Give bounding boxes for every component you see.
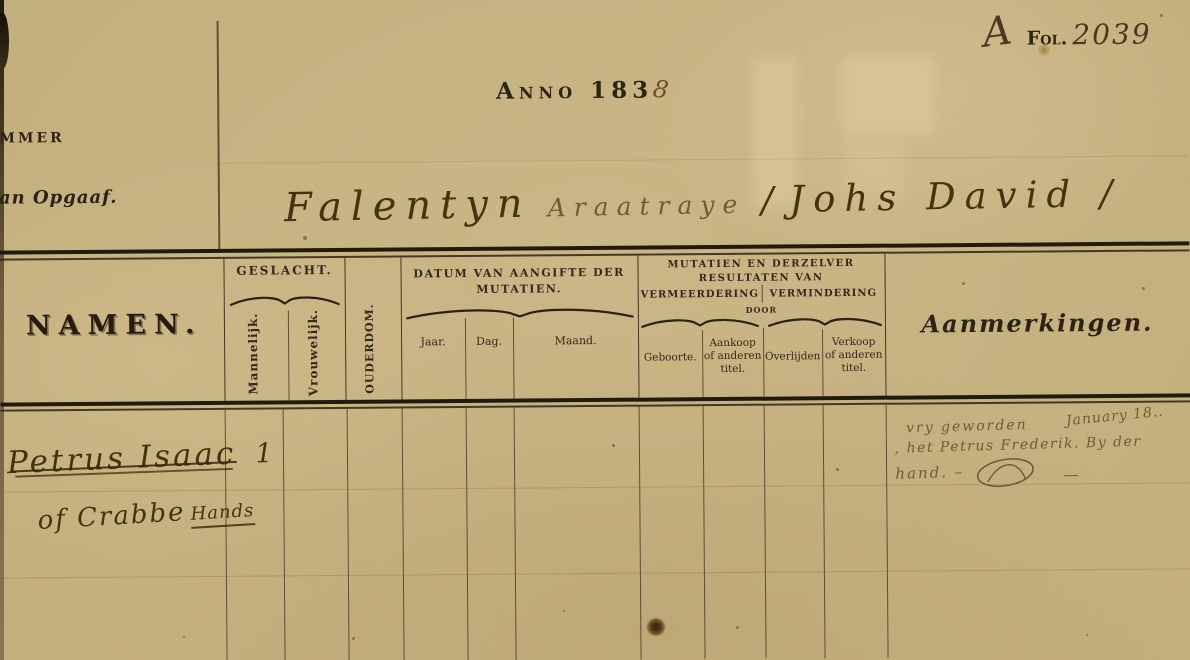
folio-script-letter: A bbox=[980, 7, 1017, 57]
datum-brace bbox=[405, 306, 635, 321]
entry-name: Falentyn bbox=[284, 181, 532, 232]
body-column-line bbox=[347, 409, 350, 660]
signature-flourish bbox=[973, 454, 1044, 490]
column-header-overlijden: Overlijden bbox=[763, 350, 822, 362]
header-subline-dag-maand bbox=[513, 318, 515, 399]
column-header-datum-line2: MUTATIEN. bbox=[401, 282, 638, 297]
column-header-ouderdom: OUDERDOM. bbox=[363, 302, 380, 396]
body-column-line bbox=[823, 405, 826, 658]
body-column-line bbox=[886, 405, 889, 658]
opgaaf-label-fragment: an Opgaaf. bbox=[0, 187, 118, 209]
body-column-line bbox=[514, 408, 517, 660]
entry-separator: / bbox=[761, 180, 774, 221]
body-column-line bbox=[764, 406, 767, 659]
body-column-line bbox=[703, 406, 706, 659]
header-line-namen bbox=[223, 259, 225, 401]
remark-line2: , het Petrus Frederik. By der bbox=[894, 434, 1141, 457]
folio-heading: A Fol. 2039 bbox=[982, 7, 1190, 55]
column-header-mutatien-line1: MUTATIEN EN DERZELVER bbox=[637, 258, 884, 271]
verkoop-line: of anderen bbox=[822, 349, 885, 362]
column-header-aanmerkingen: Aanmerkingen. bbox=[885, 307, 1190, 338]
column-header-vermeerdering: VERMEERDERING bbox=[638, 289, 762, 301]
upper-crease-line bbox=[214, 155, 1189, 164]
vermindering-brace bbox=[768, 316, 882, 328]
body-row-line bbox=[2, 568, 1190, 578]
remark-line1a: vry geworden bbox=[906, 417, 1028, 436]
column-header-dag: Dag. bbox=[465, 335, 513, 348]
aankoop-line: of anderen bbox=[702, 350, 763, 363]
remark-note: vry geworden January 18.. , het Petrus F… bbox=[894, 406, 1190, 415]
column-header-vrouwelijk: Vrouwelijk. bbox=[306, 310, 323, 396]
entry-alias-suffix: Hands bbox=[190, 500, 255, 529]
anno-handwritten-digit: 8 bbox=[651, 74, 670, 104]
column-header-verkoop: Verkoop of anderen titel. bbox=[822, 336, 885, 375]
remark-line1b: January 18.. bbox=[1065, 404, 1164, 430]
column-header-namen: NAMEN. bbox=[26, 309, 203, 341]
remark-dash: — bbox=[1063, 465, 1079, 483]
anno-printed-text: Anno 183 bbox=[496, 77, 653, 105]
folio-label: Fol. bbox=[1027, 27, 1068, 49]
verkoop-line: titel. bbox=[822, 362, 885, 375]
verkoop-line: Verkoop bbox=[822, 336, 885, 349]
column-header-mannelijk: Mannelijk. bbox=[246, 311, 263, 397]
scanned-register-page: MMER an Opgaaf. Anno 1838 A Fol. 2039 Fa… bbox=[0, 0, 1190, 660]
geslacht-brace bbox=[230, 294, 340, 307]
entry-middle-word: Araatraye bbox=[547, 190, 745, 223]
header-subline-geslacht bbox=[288, 310, 290, 400]
header-subline-jaar-dag bbox=[465, 318, 467, 399]
aankoop-line: titel. bbox=[702, 363, 763, 376]
entry-owner: Johs David / bbox=[789, 172, 1122, 221]
upper-column-line bbox=[217, 21, 221, 250]
anno-heading: Anno 1838 bbox=[496, 75, 669, 104]
body-column-line bbox=[639, 407, 642, 660]
column-header-geslacht: GESLACHT. bbox=[224, 263, 344, 278]
vermeerdering-brace bbox=[641, 317, 759, 329]
remark-line3: hand. – bbox=[895, 463, 964, 483]
column-header-aankoop: Aankoop of anderen titel. bbox=[702, 337, 763, 376]
column-header-jaar: Jaar. bbox=[401, 335, 465, 349]
body-column-line bbox=[283, 409, 286, 660]
column-header-door: DOOR bbox=[638, 304, 885, 316]
column-header-vermindering: VERMINDERING bbox=[762, 288, 885, 300]
entry-name-mark: 1 bbox=[255, 438, 273, 470]
column-header-mutatien-line2: RESULTATEN VAN bbox=[638, 272, 885, 285]
body-column-line bbox=[466, 408, 469, 660]
page-content: MMER an Opgaaf. Anno 1838 A Fol. 2039 Fa… bbox=[0, 0, 1190, 660]
handwritten-entry-line: Falentyn Araatraye / Johs David / bbox=[284, 169, 1190, 232]
column-header-datum-line1: DATUM VAN AANGIFTE DER bbox=[401, 266, 638, 281]
body-column-line bbox=[402, 409, 405, 660]
folio-number: 2039 bbox=[1072, 18, 1152, 52]
column-header-maand: Maand. bbox=[513, 334, 638, 348]
aankoop-line: Aankoop bbox=[702, 337, 763, 350]
header-line-geslacht-end bbox=[344, 258, 346, 400]
nummer-label-fragment: MMER bbox=[0, 130, 65, 147]
entry-alias-text: of Crabbe bbox=[37, 497, 187, 536]
entry-alias-line: of Crabbe Hands bbox=[37, 493, 255, 536]
column-header-geboorte: Geboorte. bbox=[638, 351, 702, 364]
